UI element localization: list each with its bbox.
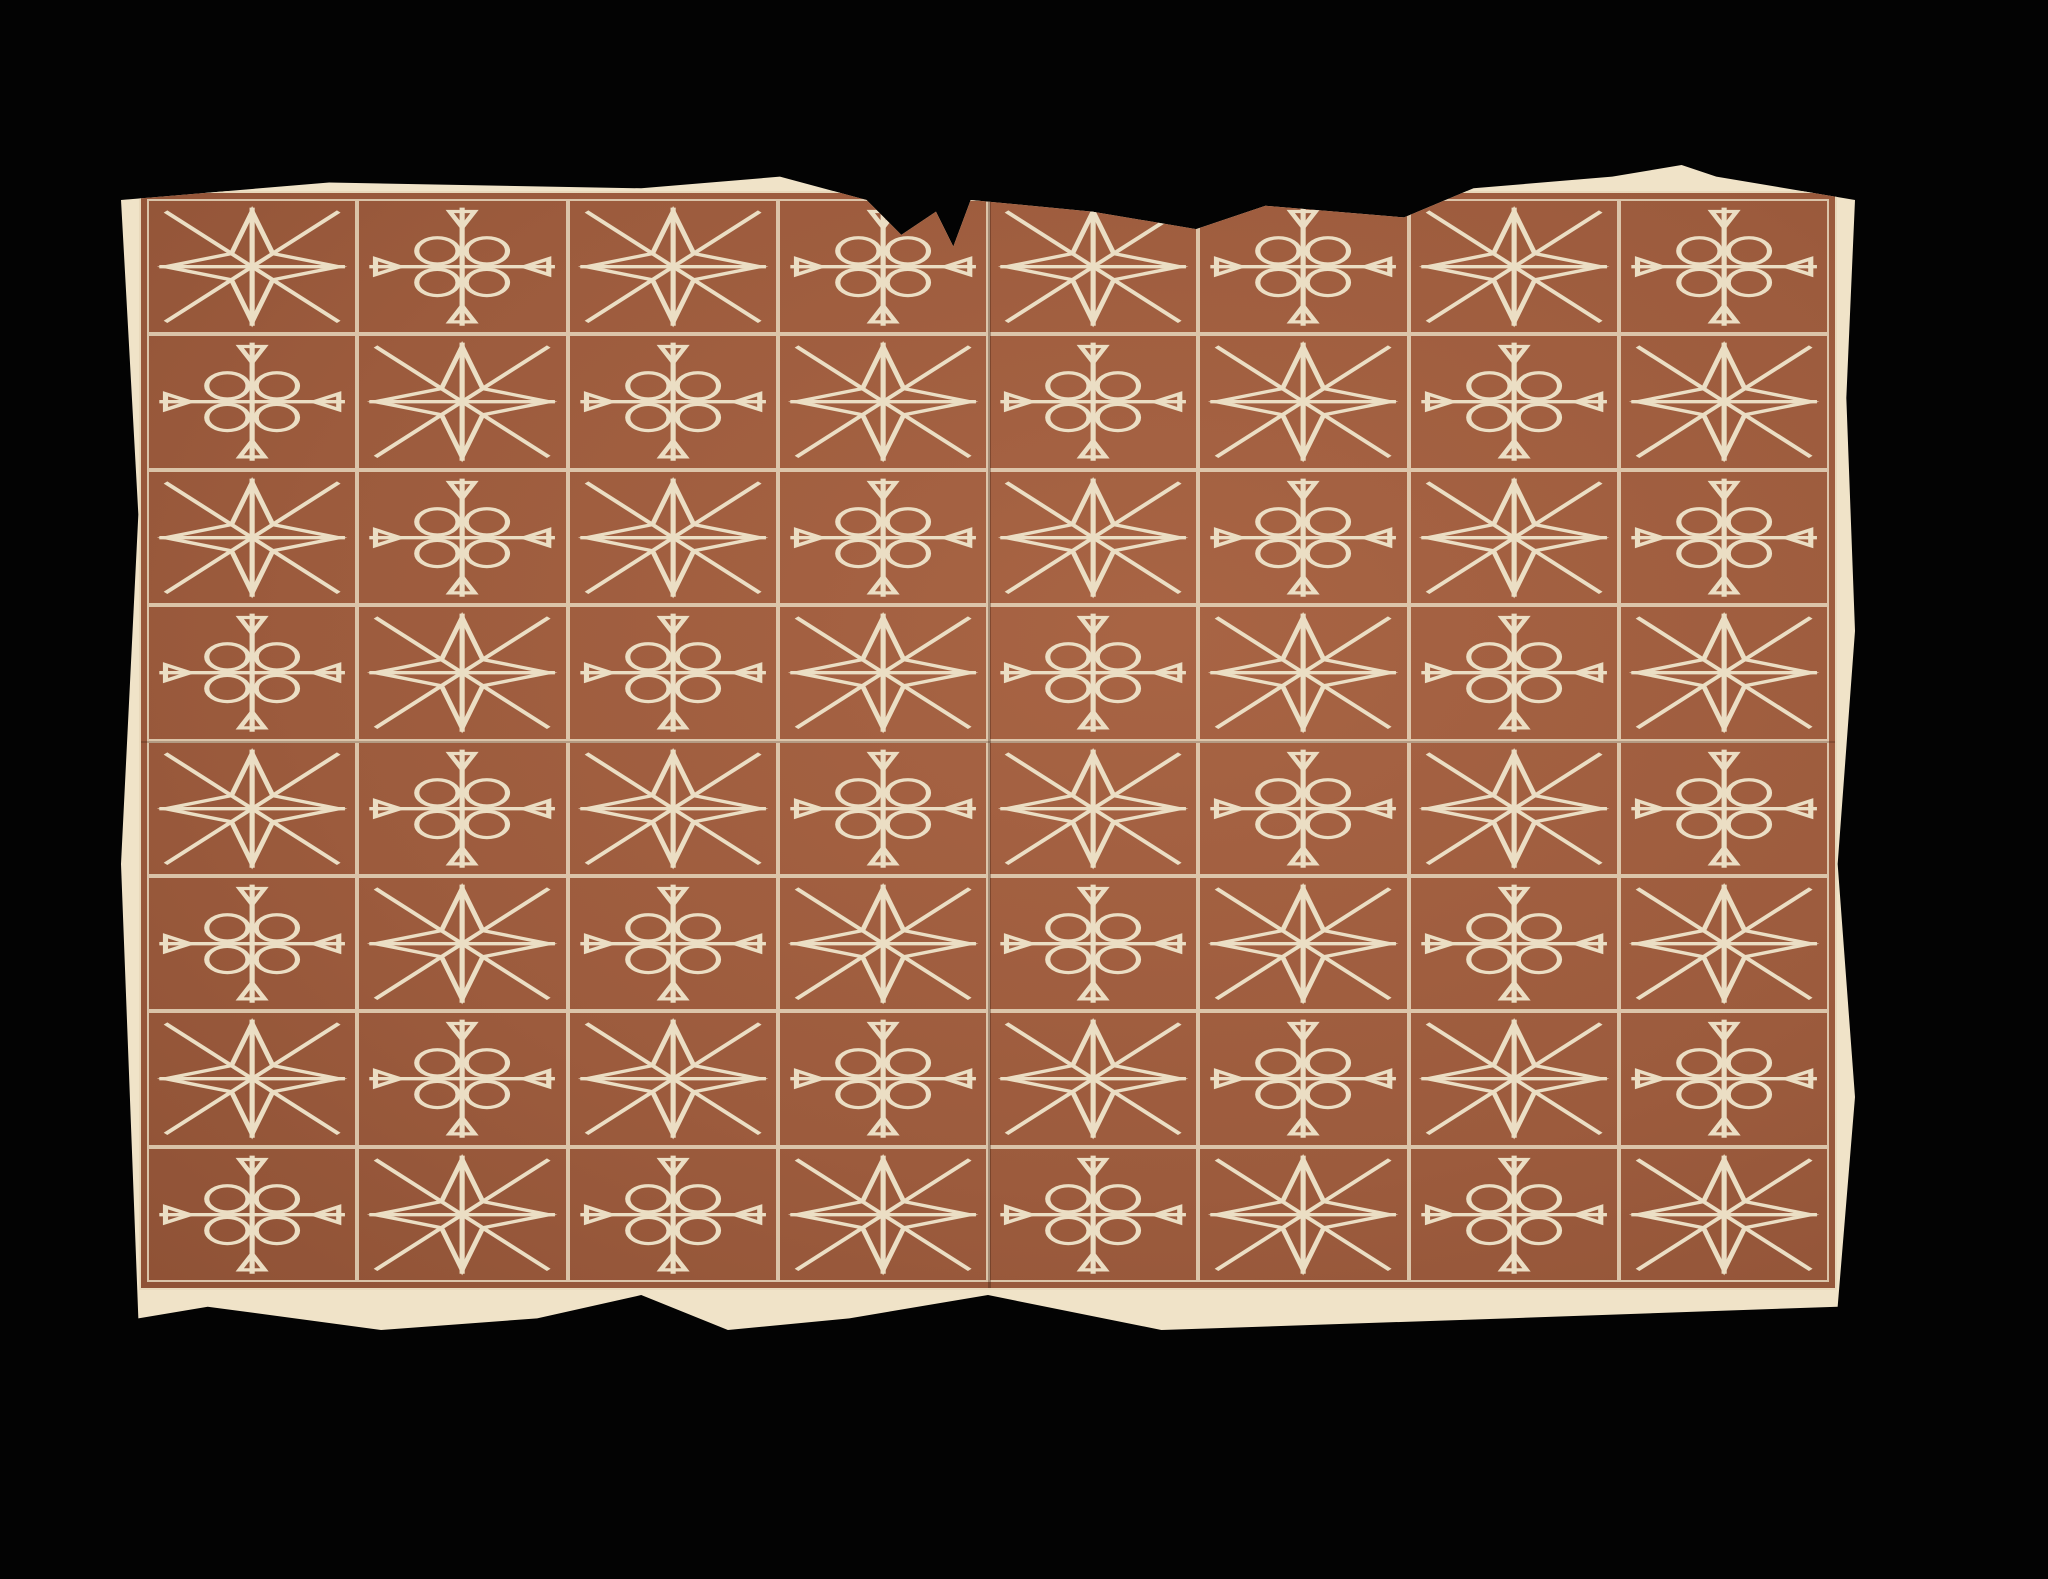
star-motif-cell — [357, 876, 567, 1011]
star-motif-cell — [988, 470, 1198, 605]
flower-motif-cell — [147, 605, 357, 740]
star-motif-cell — [1409, 741, 1619, 876]
flower-motif-cell — [357, 1011, 567, 1146]
flower-motif-cell — [1198, 470, 1408, 605]
flower-motif-cell — [988, 876, 1198, 1011]
horizontal-fold — [141, 741, 1835, 743]
star-motif-cell — [1619, 605, 1829, 740]
flower-motif-cell — [988, 334, 1198, 469]
flower-motif-cell — [1619, 1011, 1829, 1146]
star-motif-cell — [147, 470, 357, 605]
flower-motif-cell — [357, 199, 567, 334]
flower-motif-cell — [1198, 199, 1408, 334]
flower-motif-cell — [568, 334, 778, 469]
star-motif-cell — [1409, 199, 1619, 334]
flower-motif-cell — [778, 199, 988, 334]
star-motif-cell — [1198, 876, 1408, 1011]
flower-motif-cell — [1409, 605, 1619, 740]
flower-motif-cell — [568, 605, 778, 740]
star-motif-cell — [1198, 605, 1408, 740]
star-motif-cell — [1198, 334, 1408, 469]
star-motif-cell — [568, 470, 778, 605]
star-motif-cell — [988, 741, 1198, 876]
flower-motif-cell — [1198, 741, 1408, 876]
star-motif-cell — [568, 741, 778, 876]
star-motif-cell — [1198, 1147, 1408, 1282]
flower-motif-cell — [1409, 876, 1619, 1011]
star-motif-cell — [147, 199, 357, 334]
star-motif-cell — [1409, 1011, 1619, 1146]
flower-motif-cell — [147, 1147, 357, 1282]
star-motif-cell — [778, 605, 988, 740]
photo-stage — [0, 0, 2048, 1579]
flower-motif-cell — [1409, 334, 1619, 469]
star-motif-cell — [1619, 876, 1829, 1011]
flower-motif-cell — [357, 741, 567, 876]
star-motif-cell — [357, 334, 567, 469]
flower-motif-cell — [778, 470, 988, 605]
star-motif-cell — [778, 1147, 988, 1282]
star-motif-cell — [568, 1011, 778, 1146]
star-motif-cell — [988, 1011, 1198, 1146]
tapa-cloth — [121, 165, 1855, 1330]
flower-motif-cell — [988, 1147, 1198, 1282]
flower-motif-cell — [1619, 741, 1829, 876]
star-motif-cell — [147, 741, 357, 876]
star-motif-cell — [1619, 334, 1829, 469]
star-motif-cell — [147, 1011, 357, 1146]
star-motif-cell — [778, 876, 988, 1011]
flower-motif-cell — [568, 876, 778, 1011]
flower-motif-cell — [1409, 1147, 1619, 1282]
flower-motif-cell — [147, 876, 357, 1011]
flower-motif-cell — [778, 741, 988, 876]
flower-motif-cell — [988, 605, 1198, 740]
cloth-painted-field — [139, 191, 1837, 1290]
star-motif-cell — [1409, 470, 1619, 605]
flower-motif-cell — [568, 1147, 778, 1282]
star-motif-cell — [988, 199, 1198, 334]
star-motif-cell — [1619, 1147, 1829, 1282]
flower-motif-cell — [1619, 470, 1829, 605]
flower-motif-cell — [1198, 1011, 1408, 1146]
star-motif-cell — [568, 199, 778, 334]
star-motif-cell — [357, 605, 567, 740]
flower-motif-cell — [778, 1011, 988, 1146]
flower-motif-cell — [147, 334, 357, 469]
star-motif-cell — [778, 334, 988, 469]
flower-motif-cell — [1619, 199, 1829, 334]
star-motif-cell — [357, 1147, 567, 1282]
flower-motif-cell — [357, 470, 567, 605]
